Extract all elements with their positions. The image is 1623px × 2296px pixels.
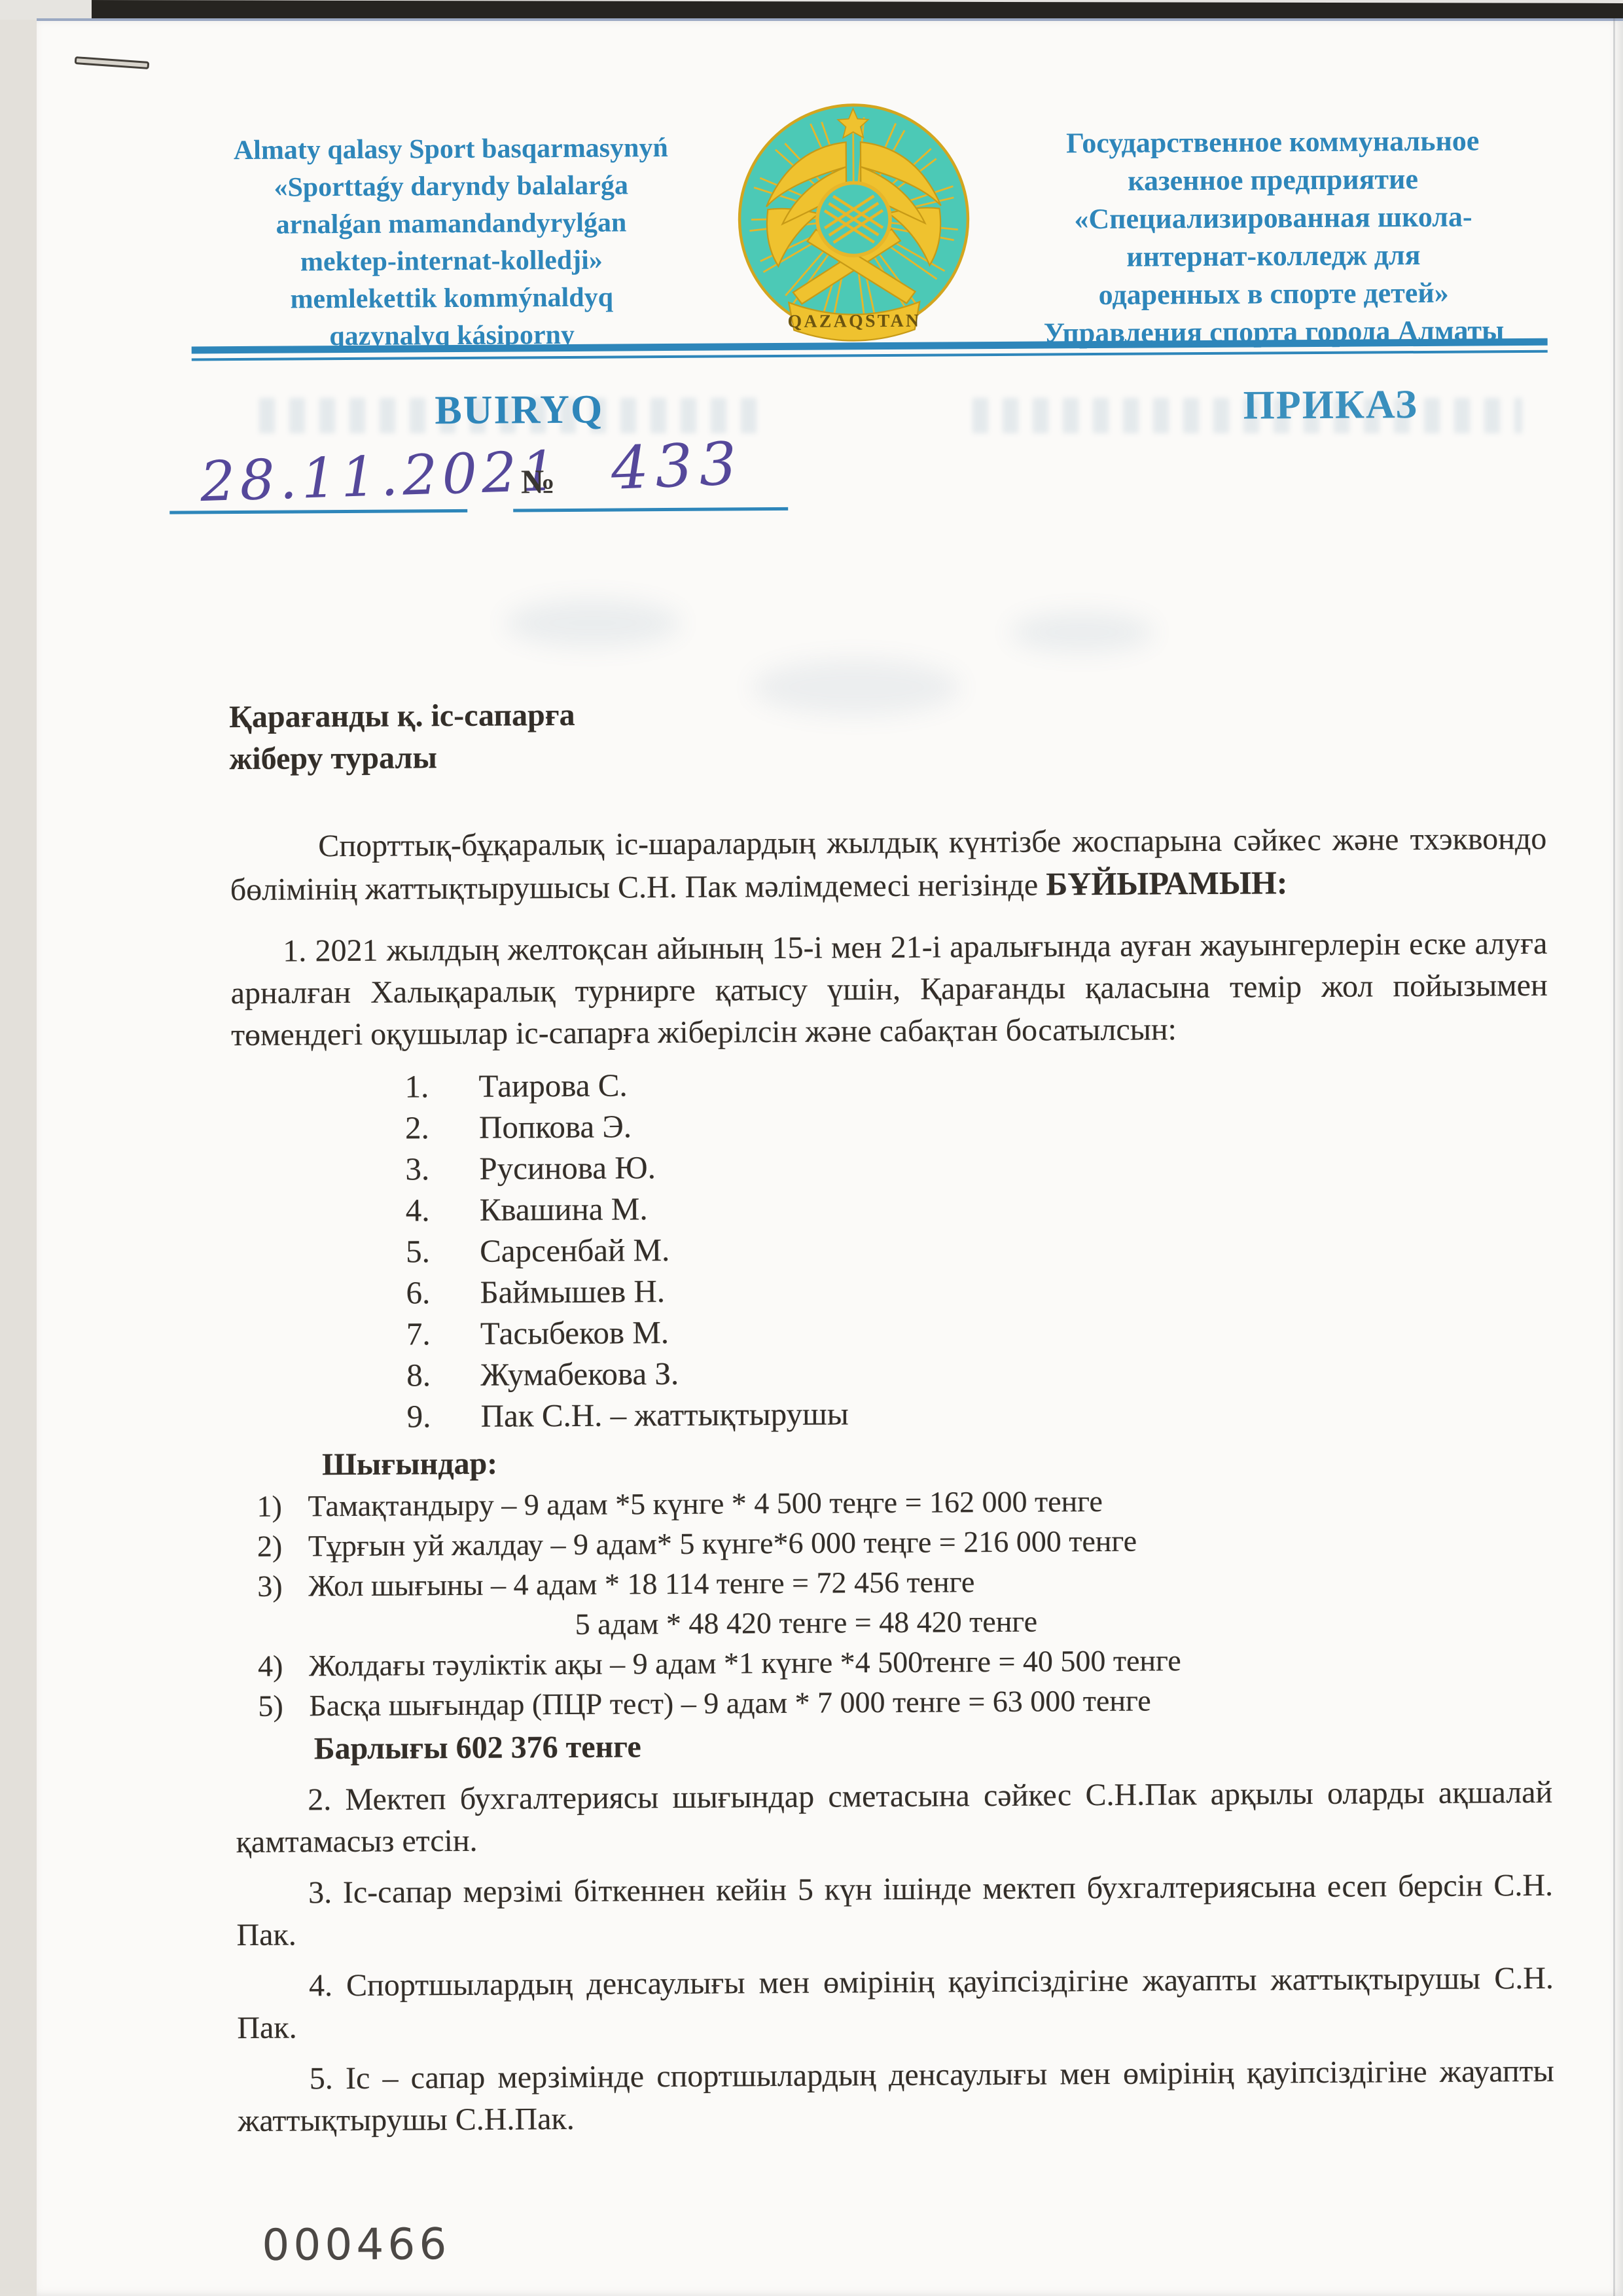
org-name-ru-line: «Специализированная школа- (994, 198, 1552, 239)
trip-roster: 1.Таирова С. 2.Попкова Э. 3.Русинова Ю. … (404, 1059, 1550, 1437)
expense-text: Тұрғын уй жалдау – 9 адам* 5 күнге*6 000… (308, 1521, 1137, 1566)
form-serial-number: 000466 (262, 2219, 450, 2270)
roster-name: Пак С.Н. – жаттықтырушы (480, 1395, 848, 1433)
number-sign: № (521, 463, 556, 501)
expense-row: 5)Басқа шығындар (ПЦР тест) – 9 адам * 7… (235, 1678, 1552, 1726)
order-item-1: 1. 2021 жылдың желтоқсан айының 15-і мен… (230, 923, 1548, 1056)
org-name-ru-line: одаренных в спорте детей» (995, 274, 1552, 315)
org-name-ru-line: казенное предприятие (994, 160, 1552, 201)
roster-number: 7. (406, 1313, 480, 1355)
roster-row: 7.Тасыбеков М. (406, 1306, 1550, 1355)
order-verb-bold: БҰЙЫРАМЫН: (1046, 864, 1288, 902)
roster-name: Баймышев Н. (480, 1273, 665, 1310)
roster-name: Русинова Ю. (479, 1149, 656, 1187)
roster-number: 9. (406, 1395, 480, 1437)
subject-line: жіберу туралы (229, 730, 1546, 780)
expense-text: Тамақтандыру – 9 адам *5 күнге * 4 500 т… (308, 1481, 1103, 1526)
expense-number: 2) (257, 1526, 308, 1566)
roster-number: 3. (405, 1148, 479, 1190)
roster-number: 8. (406, 1354, 480, 1396)
roster-row: 2.Попкова Э. (405, 1100, 1548, 1149)
roster-row: 8.Жумабекова З. (406, 1348, 1550, 1396)
org-name-kk-line: Almaty qalasy Sport basqarmasynyń (189, 130, 713, 170)
roster-row: 1.Таирова С. (404, 1059, 1548, 1107)
expense-text: Жол шығыны – 4 адам * 18 114 тенге = 72 … (308, 1562, 974, 1605)
order-item-3: 3. Іс-сапар мерзімі біткеннен кейін 5 кү… (236, 1865, 1554, 1956)
roster-number: 6. (406, 1272, 480, 1314)
kazakhstan-emblem-icon: QAZAQSTAN (722, 96, 985, 359)
order-title-kk: BUIRYQ (342, 386, 696, 435)
roster-number: 2. (405, 1107, 479, 1149)
org-name-ru-line: Государственное коммунальное (994, 122, 1552, 163)
roster-name: Попкова Э. (479, 1108, 632, 1145)
number-underline (513, 507, 788, 512)
order-item-5: 5. Іс – сапар мерзімінде спортшылардың д… (238, 2051, 1555, 2142)
subject-line: Қарағанды қ. іс-сапарға (229, 689, 1546, 738)
roster-row: 9.Пак С.Н. – жаттықтырушы (406, 1389, 1550, 1437)
roster-name: Жумабекова З. (480, 1355, 679, 1393)
expenses-heading: Шығындар: (322, 1437, 1550, 1486)
order-item-2: 2. Мектеп бухгалтериясы шығындар сметасы… (236, 1772, 1553, 1863)
emblem-banner-text: QAZAQSTAN (787, 311, 921, 332)
org-name-kk-line: mektep-internat-kolledji» (190, 242, 713, 282)
order-body: Қарағанды қ. іс-сапарға жіберу туралы Сп… (229, 689, 1554, 2142)
org-name-kk-line: «Sporttaǵy daryndy balalarǵa (189, 167, 713, 207)
order-number-handwritten: 433 (610, 429, 745, 503)
scanned-content: Almaty qalasy Sport basqarmasynyń «Sport… (33, 12, 1623, 2296)
expense-number: 1) (257, 1486, 308, 1526)
scan-corner (0, 0, 92, 20)
order-title-ru: ПРИКАЗ (1121, 381, 1540, 430)
expense-row-continuation: 5 адам * 48 420 тенге = 48 420 тенге (575, 1598, 1551, 1644)
org-name-ru-line: интернат-колледж для (995, 236, 1552, 277)
document-page: Almaty qalasy Sport basqarmasynyń «Sport… (37, 18, 1623, 2296)
expenses-total: Барлығы 602 376 тенге (314, 1721, 1552, 1770)
roster-name: Сарсенбай М. (480, 1232, 670, 1269)
order-date-handwritten: 28.11.2021 (200, 439, 562, 514)
letterhead: Almaty qalasy Sport basqarmasynyń «Sport… (188, 97, 1552, 363)
org-name-kk-line: memlekettik kommýnaldyq (190, 279, 713, 319)
expense-number: 4) (258, 1645, 309, 1685)
org-name-kk-line: arnalǵan mamandandyrylǵan (189, 204, 713, 245)
roster-name: Квашина М. (480, 1191, 648, 1228)
roster-row: 3.Русинова Ю. (405, 1141, 1548, 1190)
expense-text: Жолдағы тәуліктік ақы – 9 адам *1 күнге … (309, 1640, 1181, 1685)
roster-row: 6.Баймышев Н. (406, 1265, 1549, 1314)
roster-number: 4. (406, 1189, 480, 1231)
intro-text: Спорттық-бұқаралық іс-шаралардың жылдық … (230, 821, 1547, 907)
subject-title: Қарағанды қ. іс-сапарға жіберу туралы (229, 689, 1546, 780)
expense-number: 5) (258, 1685, 309, 1725)
roster-name: Тасыбеков М. (480, 1314, 669, 1352)
expense-text: Басқа шығындар (ПЦР тест) – 9 адам * 7 0… (309, 1681, 1151, 1726)
state-emblem: QAZAQSTAN (712, 100, 995, 360)
org-name-russian: Государственное коммунальное казенное пр… (993, 97, 1552, 358)
roster-row: 5.Сарсенбай М. (406, 1224, 1549, 1272)
intro-paragraph: Спорттық-бұқаралық іс-шаралардың жылдық … (230, 818, 1547, 911)
roster-number: 1. (404, 1066, 478, 1107)
scanner-background (0, 0, 37, 2296)
org-name-kazakh: Almaty qalasy Sport basqarmasynyń «Sport… (188, 102, 713, 363)
roster-row: 4.Квашина М. (406, 1183, 1549, 1231)
roster-number: 5. (406, 1230, 480, 1272)
expense-number: 3) (257, 1566, 308, 1605)
roster-name: Таирова С. (478, 1067, 627, 1103)
order-item-4: 4. Спортшылардың денсаулығы мен өмірінің… (237, 1958, 1554, 2049)
